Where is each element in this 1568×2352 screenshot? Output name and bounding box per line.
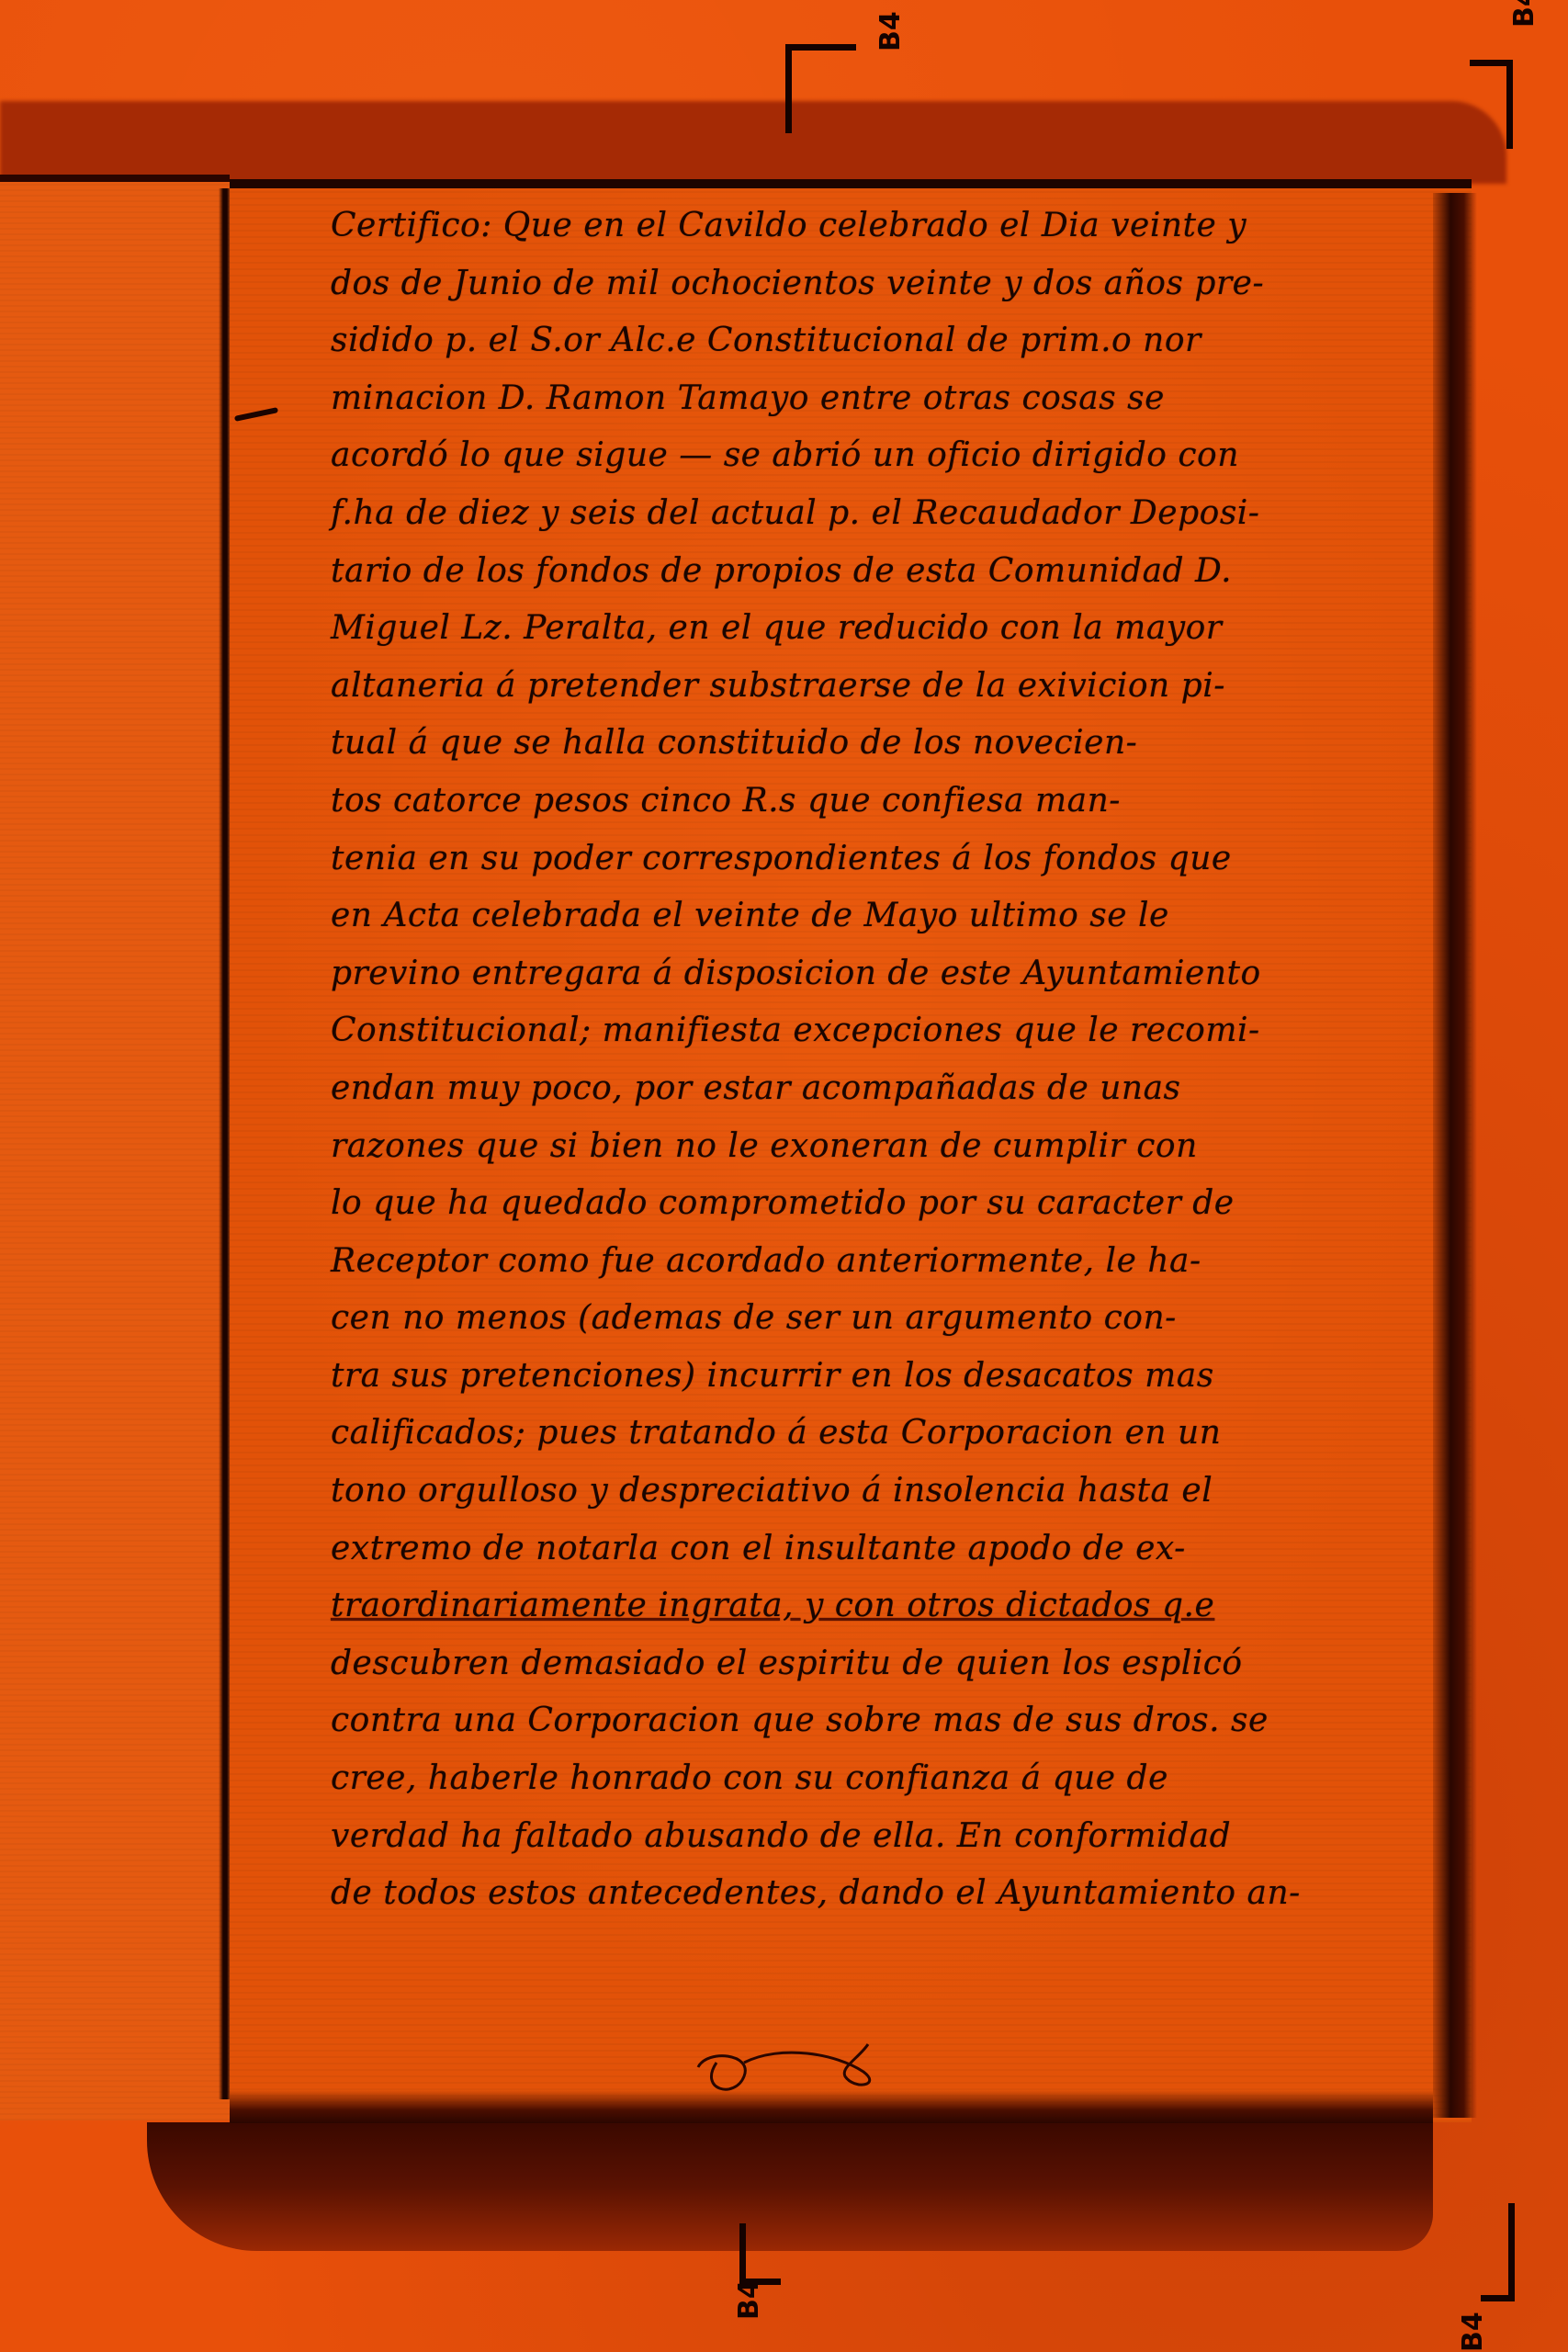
text-line: tenia en su poder correspondientes á los… — [331, 831, 1461, 888]
text-line: Constitucional; manifiesta excepciones q… — [331, 1002, 1461, 1060]
manuscript-text: Certifico: Que en el Cavildo celebrado e… — [331, 198, 1461, 1923]
backdrop-shadow-top — [0, 101, 1506, 184]
text-line: tual á que se halla constituido de los n… — [331, 715, 1461, 773]
text-line: verdad ha faltado abusando de ella. En c… — [331, 1808, 1461, 1866]
signature-flourish-icon — [680, 2026, 900, 2099]
backdrop-shadow-bottom — [147, 2122, 1433, 2251]
text-line: dos de Junio de mil ochocientos veinte y… — [331, 255, 1461, 313]
text-line: cen no menos (ademas de ser un argumento… — [331, 1290, 1461, 1348]
text-line: f.ha de diez y seis del actual p. el Rec… — [331, 485, 1461, 543]
text-line-underlined: traordinariamente ingrata, y con otros d… — [331, 1577, 1461, 1635]
crop-marker-bottom-left — [739, 2223, 781, 2285]
text-line: Receptor como fue acordado anteriormente… — [331, 1233, 1461, 1291]
crop-marker-bottom-right — [1481, 2203, 1515, 2301]
text-line: extremo de notarla con el insultante apo… — [331, 1521, 1461, 1578]
text-line: acordó lo que sigue — se abrió un oficio… — [331, 427, 1461, 485]
text-line: Miguel Lz. Peralta, en el que reducido c… — [331, 600, 1461, 658]
text-line: tra sus pretenciones) incurrir en los de… — [331, 1348, 1461, 1406]
crop-label-top-left: B4 — [874, 11, 907, 51]
text-line: descubren demasiado el espiritu de quien… — [331, 1635, 1461, 1693]
text-line: calificados; pues tratando á esta Corpor… — [331, 1405, 1461, 1463]
text-line: sidido p. el S.or Alc.e Constitucional d… — [331, 312, 1461, 370]
crop-label-top-right: B4 — [1508, 0, 1540, 28]
text-line: en Acta celebrada el veinte de Mayo ulti… — [331, 888, 1461, 945]
text-line: altaneria á pretender substraerse de la … — [331, 658, 1461, 716]
crop-marker-top-left — [785, 44, 856, 133]
text-line: tono orgulloso y despreciativo á insolen… — [331, 1463, 1461, 1521]
previous-page-edge — [0, 175, 230, 2120]
text-line: Certifico: Que en el Cavildo celebrado e… — [331, 198, 1461, 255]
text-line: tario de los fondos de propios de esta C… — [331, 543, 1461, 601]
text-line: tos catorce pesos cinco R.s que confiesa… — [331, 773, 1461, 831]
crop-label-bottom-left: B4 — [733, 2279, 765, 2320]
text-line: cree, haberle honrado con su confianza á… — [331, 1750, 1461, 1808]
text-line: de todos estos antecedentes, dando el Ay… — [331, 1865, 1461, 1923]
text-line: contra una Corporacion que sobre mas de … — [331, 1692, 1461, 1750]
text-line: previno entregara á disposicion de este … — [331, 945, 1461, 1003]
text-line: minacion D. Ramon Tamayo entre otras cos… — [331, 370, 1461, 428]
text-line: endan muy poco, por estar acompañadas de… — [331, 1060, 1461, 1118]
text-line: lo que ha quedado comprometido por su ca… — [331, 1175, 1461, 1233]
crop-label-bottom-right: B4 — [1457, 2312, 1489, 2352]
crop-marker-top-right — [1470, 60, 1513, 149]
text-line: razones que si bien no le exoneran de cu… — [331, 1118, 1461, 1176]
